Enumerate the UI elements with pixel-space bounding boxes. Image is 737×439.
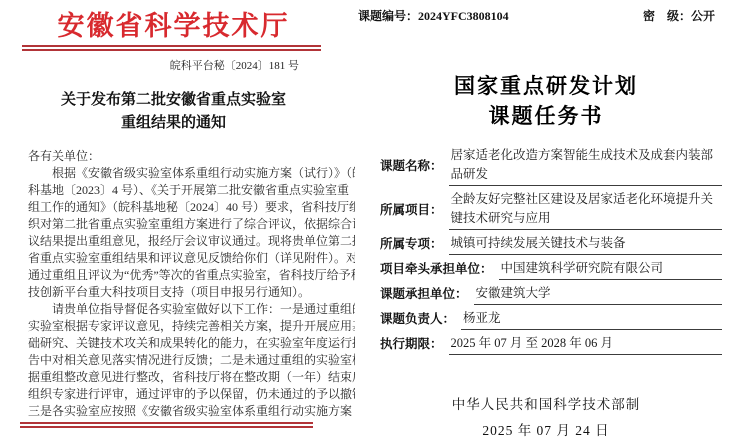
task-book-document: 课题编号：2024YFC3808104 密 级：公开 国家重点研发计划 课题任务…: [355, 0, 737, 439]
secrecy-level: 密 级：公开: [643, 7, 715, 24]
notice-body-line: 省重点实验室重组结果和评议意见反馈给你们（详见附件）。对: [28, 250, 343, 267]
secrecy-label: 密 级：: [643, 9, 691, 23]
field-row: 项目牵头承担单位： 中国建筑科学研究院有限公司: [380, 259, 722, 280]
task-book-footer: 中华人民共和国科学技术部制 2025 年 07 月 24 日: [355, 395, 737, 439]
notice-body: 各有关单位： 根据《安徽省级实验室体系重组行动实施方案（试行）》（皖 科基地〔2…: [0, 148, 347, 420]
notice-title-line2: 重组结果的通知: [0, 112, 347, 135]
document-number: 皖科平台秘〔2024〕181 号: [0, 59, 347, 73]
notice-body-line: 请贵单位指导督促各实验室做好以下工作：一是通过重组的: [28, 301, 343, 318]
task-number-label: 课题编号：: [358, 9, 418, 23]
field-row: 课题名称： 居家适老化改造方案智能生成技术及成套内装部品研发: [380, 146, 722, 186]
field-row: 课题承担单位： 安徽建筑大学: [380, 284, 722, 305]
task-book-title-line1: 国家重点研发计划: [355, 72, 737, 102]
notice-title-line1: 关于发布第二批安徽省重点实验室: [0, 89, 347, 112]
task-book-title-line2: 课题任务书: [355, 102, 737, 132]
notice-body-line: 三是各实验室应按照《安徽省级实验室体系重组行动实施方案: [28, 403, 343, 420]
task-number-value: 2024YFC3808104: [418, 9, 509, 23]
field-value: 城镇可持续发展关键技术与装备: [449, 234, 722, 255]
notice-body-line: 技创新平台重大科技项目支持（项目申报另行通知）。: [28, 284, 343, 301]
notice-body-line: 通过重组且评议为“优秀”等次的省重点实验室，省科技厅给予科: [28, 267, 343, 284]
field-value: 2025 年 07 月 至 2028 年 06 月: [449, 334, 722, 355]
field-row: 所属专项： 城镇可持续发展关键技术与装备: [380, 234, 722, 255]
field-value: 中国建筑科学研究院有限公司: [499, 259, 722, 280]
issuing-authority: 中华人民共和国科学技术部制: [355, 395, 737, 415]
field-row: 所属项目： 全龄友好完整社区建设及居家适老化环境提升关键技术研究与应用: [380, 190, 722, 230]
notice-body-line: 组工作的通知》（皖科基地秘〔2024〕40 号）要求，省科技厅组: [28, 199, 343, 216]
notice-body-line: 科基地〔2023〕4 号）、《关于开展第二批安徽省重点实验室重: [28, 182, 343, 199]
notice-body-line: 织对第二批省重点实验室重组方案进行了综合评议，依据综合评: [28, 216, 343, 233]
task-book-title: 国家重点研发计划 课题任务书: [355, 72, 737, 132]
notice-body-line: 实验室根据专家评议意见，持续完善相关方案，提升开展应用基: [28, 318, 343, 335]
header-red-rule: [22, 45, 321, 51]
field-label: 课题名称：: [380, 157, 449, 176]
task-number: 课题编号：2024YFC3808104: [358, 7, 509, 24]
field-label: 所属项目：: [380, 201, 449, 220]
notice-body-line: 据重组整改意见进行整改，省科技厅将在整改期（一年）结束后: [28, 369, 343, 386]
footer-red-rule: [20, 422, 313, 428]
field-value: 居家适老化改造方案智能生成技术及成套内装部品研发: [449, 146, 722, 186]
task-book-fields: 课题名称： 居家适老化改造方案智能生成技术及成套内装部品研发 所属项目： 全龄友…: [355, 146, 737, 355]
field-value: 杨亚龙: [461, 309, 722, 330]
field-label: 项目牵头承担单位：: [380, 260, 499, 279]
field-label: 课题承担单位：: [380, 285, 474, 304]
notice-document: 安徽省科学技术厅 皖科平台秘〔2024〕181 号 关于发布第二批安徽省重点实验…: [0, 0, 347, 439]
secrecy-value: 公开: [691, 9, 715, 23]
field-label: 课题负责人：: [380, 310, 461, 329]
field-value: 全龄友好完整社区建设及居家适老化环境提升关键技术研究与应用: [449, 190, 722, 230]
field-value: 安徽建筑大学: [474, 284, 722, 305]
notice-body-line: 各有关单位：: [28, 148, 343, 165]
notice-body-line: 告中对相关意见落实情况进行反馈；二是未通过重组的实验室根: [28, 352, 343, 369]
field-label: 执行期限：: [380, 335, 449, 354]
notice-body-line: 组织专家进行评审，通过评审的予以保留，仍未通过的予以撤销；: [28, 386, 343, 403]
field-row: 执行期限： 2025 年 07 月 至 2028 年 06 月: [380, 334, 722, 355]
notice-body-line: 根据《安徽省级实验室体系重组行动实施方案（试行）》（皖: [28, 165, 343, 182]
issue-date: 2025 年 07 月 24 日: [355, 421, 737, 439]
task-book-topline: 课题编号：2024YFC3808104 密 级：公开: [355, 0, 737, 24]
notice-body-line: 础研究、关键技术攻关和成果转化的能力，在实验室年度运行报: [28, 335, 343, 352]
notice-body-line: 议结果提出重组意见，报经厅会议审议通过。现将贵单位第二批: [28, 233, 343, 250]
agency-header: 安徽省科学技术厅: [0, 9, 347, 43]
field-row: 课题负责人： 杨亚龙: [380, 309, 722, 330]
notice-title: 关于发布第二批安徽省重点实验室 重组结果的通知: [0, 89, 347, 135]
field-label: 所属专项：: [380, 235, 449, 254]
